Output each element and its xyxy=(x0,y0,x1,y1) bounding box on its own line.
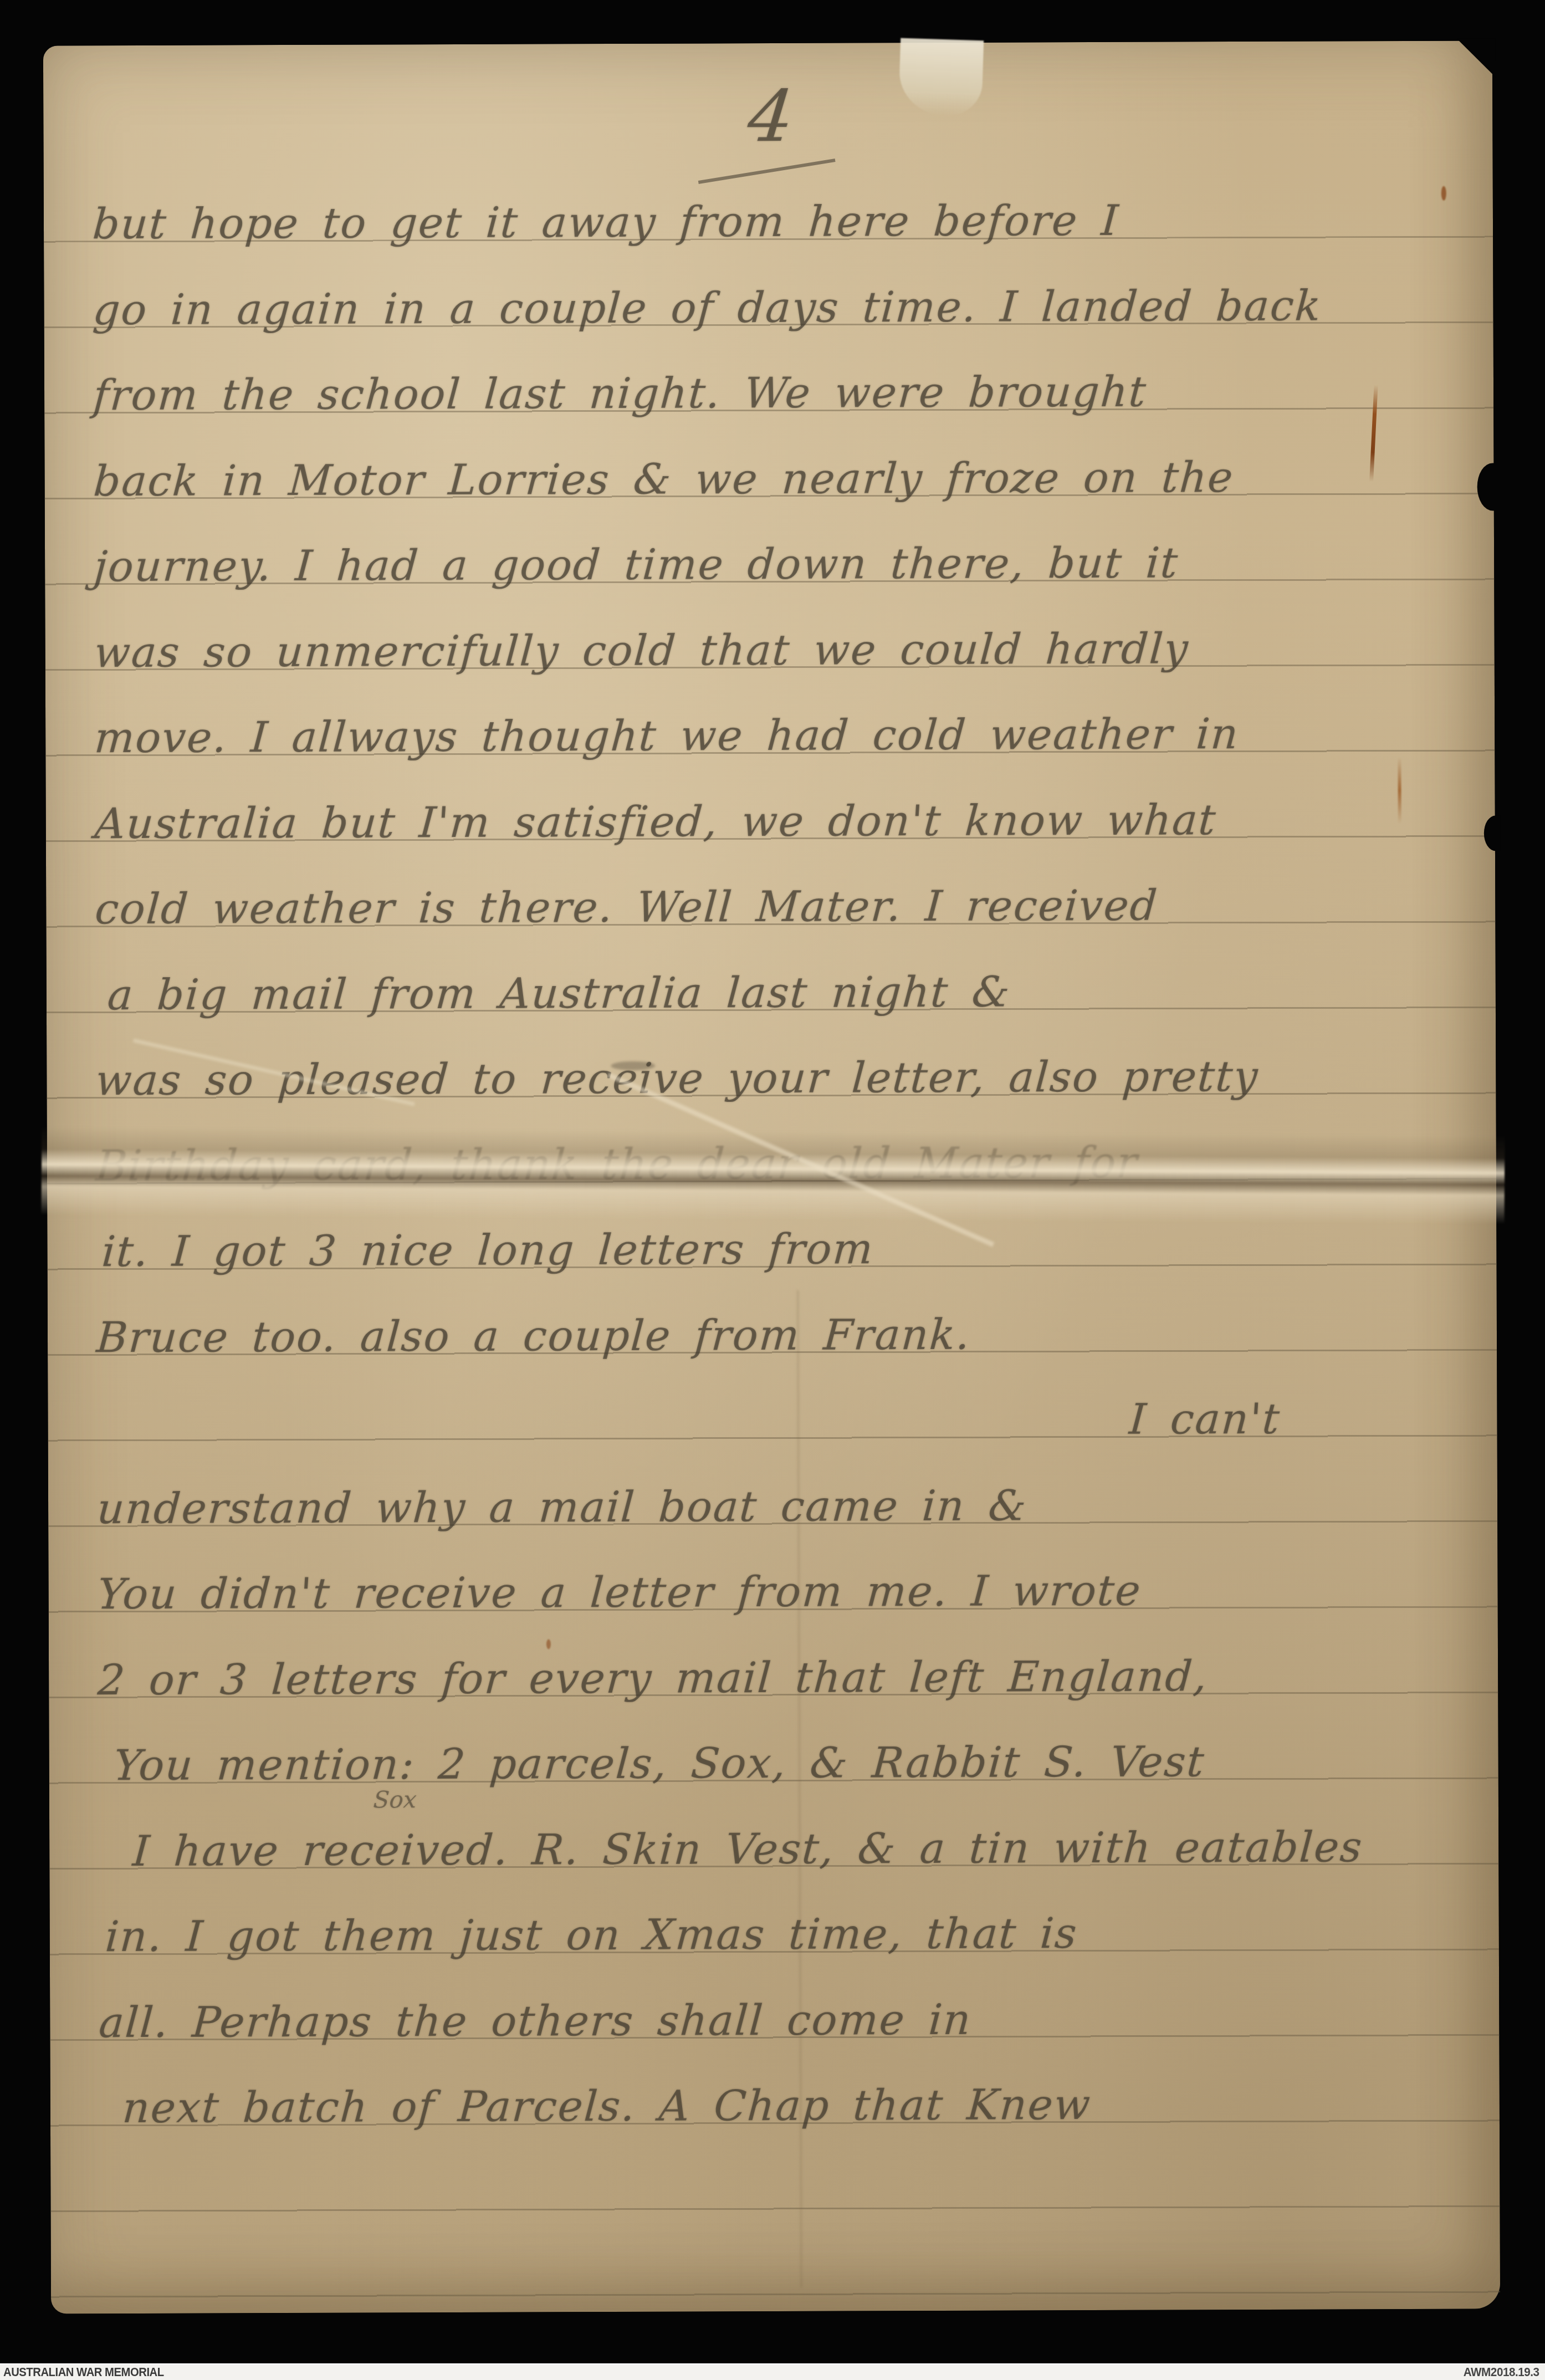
rust-stain xyxy=(1398,757,1401,824)
handwritten-line: in. I got them just on Xmas time, that i… xyxy=(104,1884,1081,1961)
handwritten-line: understand why a mail boat came in & xyxy=(96,1457,1030,1533)
handwritten-line: move. I allways thought we had cold weat… xyxy=(93,685,1242,762)
handwritten-line: all. Perhaps the others shall come in xyxy=(98,1970,975,2047)
rust-stain xyxy=(546,1639,551,1649)
handwritten-line: a big mail from Australia last night & xyxy=(106,943,1014,1019)
handwritten-line: go in again in a couple of days time. I … xyxy=(91,257,1325,334)
handwritten-line: but hope to get it away from here before… xyxy=(91,172,1123,248)
scan-background: 4 but hope to get it away from here befo… xyxy=(0,0,1545,2380)
handwritten-line: I have received. R. Skin Vest, & a tin w… xyxy=(131,1798,1366,1876)
handwritten-line: back in Motor Lorries & we nearly froze … xyxy=(92,428,1237,505)
archive-caption-bar: AUSTRALIAN WAR MEMORIAL AWM2018.19.3 xyxy=(0,2363,1545,2380)
handwritten-line: was so unmercifully cold that we could h… xyxy=(93,600,1192,677)
handwritten-line: You didn't receive a letter from me. I w… xyxy=(96,1542,1144,1619)
handwritten-line: You mention: 2 parcels, Sox, & Rabbit S.… xyxy=(112,1713,1208,1790)
handwritten-line: from the school last night. We were brou… xyxy=(92,343,1150,420)
handwritten-line: Australia but I'm satisfied, we don't kn… xyxy=(93,771,1220,848)
rust-stain xyxy=(1441,186,1446,201)
handwritten-line: Bruce too. also a couple from Frank. xyxy=(95,1285,974,1362)
archive-accession-number: AWM2018.19.3 xyxy=(1464,2365,1539,2379)
handwritten-line: I can't xyxy=(1128,1370,1283,1444)
horizontal-crease xyxy=(42,1126,1505,1224)
handwritten-line: cold weather is there. Well Mater. I rec… xyxy=(94,857,1162,934)
letter-page: 4 but hope to get it away from here befo… xyxy=(43,40,1500,2313)
handwritten-line: was so pleased to receive your letter, a… xyxy=(94,1028,1262,1105)
handwritten-line: 2 or 3 letters for every mail that left … xyxy=(96,1627,1211,1704)
archive-institution-label: AUSTRALIAN WAR MEMORIAL xyxy=(3,2365,164,2379)
interline-insertion: Sox xyxy=(372,1786,417,1813)
handwritten-line: journey. I had a good time down there, b… xyxy=(93,514,1182,591)
handwritten-line: next batch of Parcels. A Chap that Knew xyxy=(121,2056,1094,2132)
